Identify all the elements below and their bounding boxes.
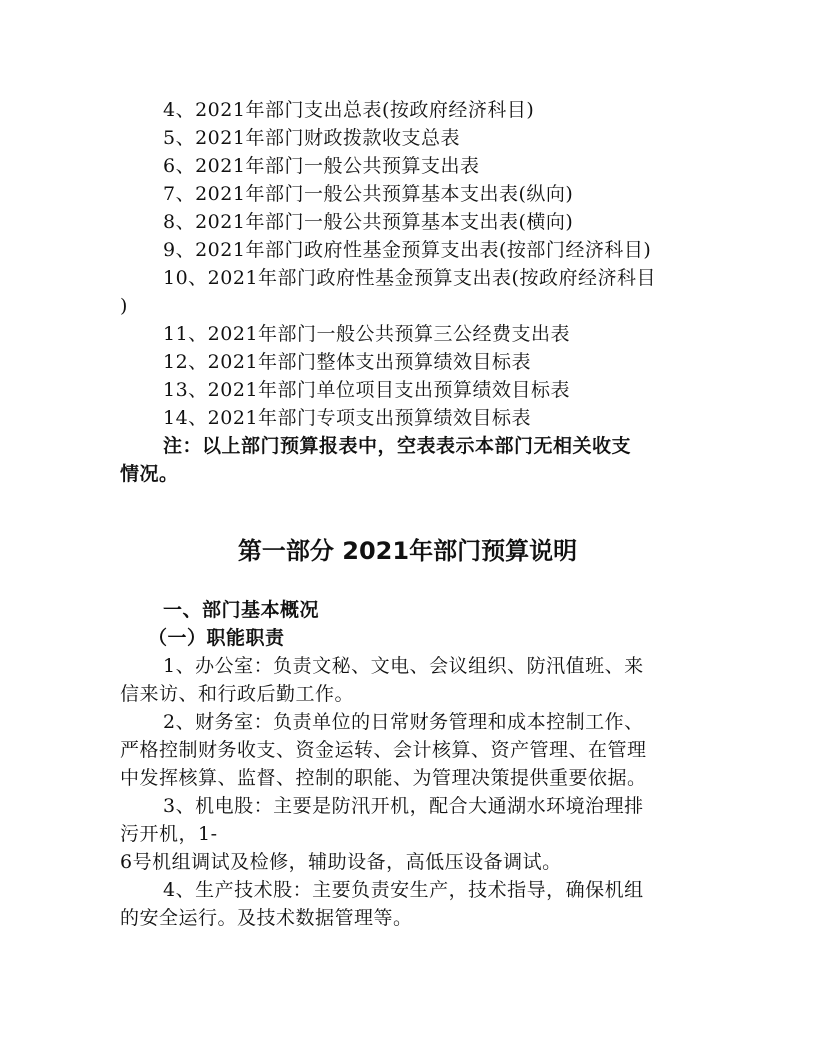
toc-item: 6、2021年部门一般公共预算支出表 bbox=[163, 152, 743, 180]
section-title: 第一部分 2021年部门预算说明 bbox=[0, 534, 815, 568]
toc-item-continuation: ) bbox=[120, 292, 700, 320]
paragraph-line: 污开机，1- bbox=[120, 820, 700, 848]
paragraph-line: 2、财务室：负责单位的日常财务管理和成本控制工作、 bbox=[163, 708, 743, 736]
toc-item: 11、2021年部门一般公共预算三公经费支出表 bbox=[163, 320, 743, 348]
paragraph-line: 3、机电股：主要是防汛开机，配合大通湖水环境治理排 bbox=[163, 792, 743, 820]
paragraph-line: 6号机组调试及检修，辅助设备，高低压设备调试。 bbox=[120, 848, 700, 876]
note-text: 注：以上部门预算报表中，空表表示本部门无相关收支 bbox=[163, 432, 743, 460]
note-text-continuation: 情况。 bbox=[120, 460, 700, 488]
paragraph-line: 1、办公室：负责文秘、文电、会议组织、防汛值班、来 bbox=[163, 652, 743, 680]
paragraph-line: 的安全运行。及技术数据管理等。 bbox=[120, 904, 700, 932]
toc-item: 14、2021年部门专项支出预算绩效目标表 bbox=[163, 404, 743, 432]
paragraph-line: 信来访、和行政后勤工作。 bbox=[120, 680, 700, 708]
toc-item: 13、2021年部门单位项目支出预算绩效目标表 bbox=[163, 376, 743, 404]
heading-level2: （一）职能职责 bbox=[148, 624, 728, 652]
toc-item: 5、2021年部门财政拨款收支总表 bbox=[163, 124, 743, 152]
paragraph-line: 4、生产技术股：主要负责安生产，技术指导，确保机组 bbox=[163, 876, 743, 904]
toc-item: 12、2021年部门整体支出预算绩效目标表 bbox=[163, 348, 743, 376]
toc-item: 10、2021年部门政府性基金预算支出表(按政府经济科目 bbox=[163, 264, 743, 292]
toc-item: 4、2021年部门支出总表(按政府经济科目) bbox=[163, 96, 743, 124]
toc-item: 8、2021年部门一般公共预算基本支出表(横向) bbox=[163, 208, 743, 236]
toc-item: 7、2021年部门一般公共预算基本支出表(纵向) bbox=[163, 180, 743, 208]
paragraph-line: 中发挥核算、监督、控制的职能、为管理决策提供重要依据。 bbox=[120, 764, 700, 792]
paragraph-line: 严格控制财务收支、资金运转、会计核算、资产管理、在管理 bbox=[120, 736, 700, 764]
heading-level1: 一、部门基本概况 bbox=[163, 596, 743, 624]
toc-item: 9、2021年部门政府性基金预算支出表(按部门经济科目) bbox=[163, 236, 743, 264]
